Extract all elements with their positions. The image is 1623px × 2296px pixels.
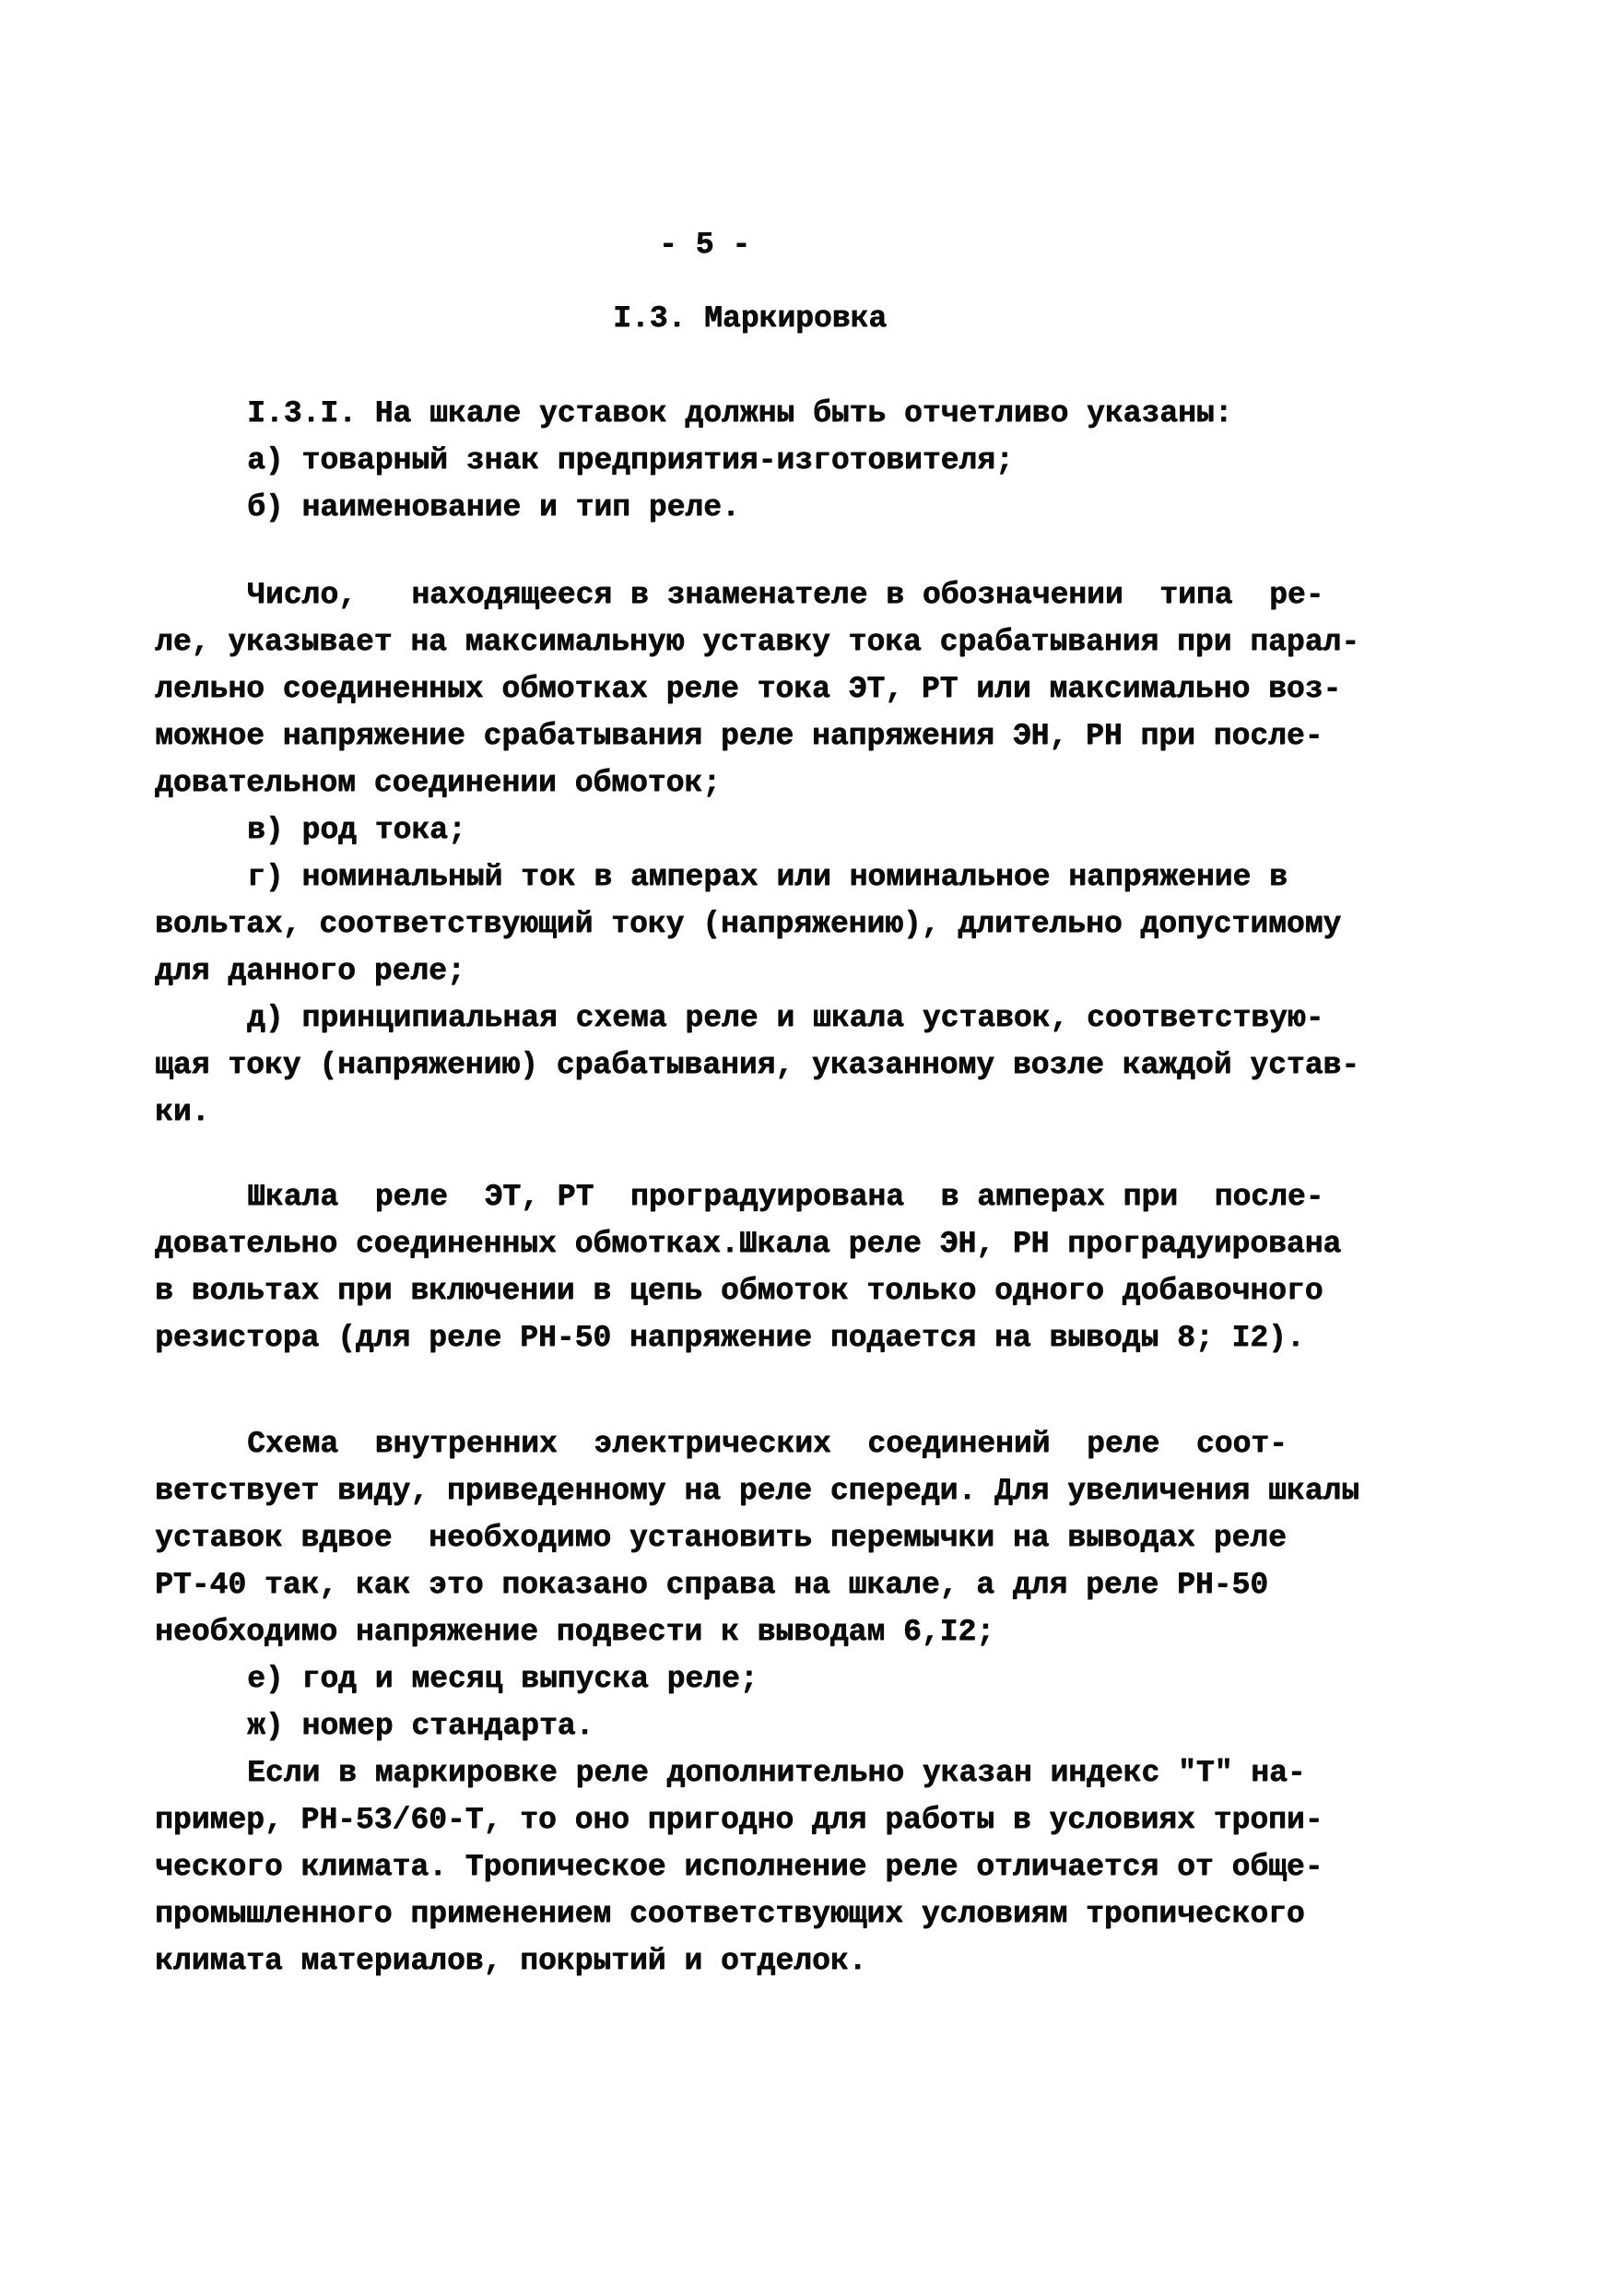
text-line: необходимо напряжение подвести к выводам… <box>0 1608 1623 1655</box>
text-line: а) товарный знак предприятия-изготовител… <box>0 437 1623 484</box>
text-line: Схема внутренних электрических соединени… <box>0 1420 1623 1467</box>
text-line: пример, РН-53/60-Т, то оно пригодно для … <box>0 1796 1623 1843</box>
text-line: резистора (для реле РН-50 напряжение под… <box>0 1314 1623 1361</box>
text-line: довательном соединении обмоток; <box>0 759 1623 807</box>
text-line: Число, находящееся в знаменателе в обозн… <box>0 571 1623 618</box>
document-page: - 5 - I.3. Маркировка I.3.I. На шкале ус… <box>0 0 1623 2296</box>
text-line: для данного реле; <box>0 948 1623 995</box>
text-line: ческого климата. Тропическое исполнение … <box>0 1843 1623 1890</box>
text-line: I.3.I. На шкале уставок должны быть отче… <box>0 390 1623 437</box>
document-body: I.3.I. На шкале уставок должны быть отче… <box>0 390 1623 1984</box>
text-line: уставок вдвое необходимо установить пере… <box>0 1514 1623 1561</box>
text-line: ветствует виду, приведенному на реле спе… <box>0 1467 1623 1514</box>
text-line: в вольтах при включении в цепь обмоток т… <box>0 1267 1623 1314</box>
text-line: ле, указывает на максимальную уставку то… <box>0 618 1623 665</box>
text-line: РТ-40 так, как это показано справа на шк… <box>0 1561 1623 1608</box>
section-heading: I.3. Маркировка <box>0 295 1623 342</box>
page-number: - 5 - <box>0 221 1623 268</box>
text-line: в) род тока; <box>0 807 1623 854</box>
text-line: лельно соединенных обмотках реле тока ЭТ… <box>0 665 1623 712</box>
text-line: ж) номер стандарта. <box>0 1702 1623 1749</box>
text-line: щая току (напряжению) срабатывания, указ… <box>0 1042 1623 1089</box>
text-line: Шкала реле ЭТ, РТ проградуирована в ампе… <box>0 1173 1623 1220</box>
text-line: б) наименование и тип реле. <box>0 484 1623 531</box>
text-line: Если в маркировке реле дополнительно ука… <box>0 1749 1623 1796</box>
text-line: е) год и месяц выпуска реле; <box>0 1655 1623 1702</box>
text-line: д) принципиальная схема реле и шкала уст… <box>0 995 1623 1042</box>
text-line: довательно соединенных обмотках.Шкала ре… <box>0 1220 1623 1267</box>
text-line: климата материалов, покрытий и отделок. <box>0 1937 1623 1984</box>
text-line: г) номинальный ток в амперах или номинал… <box>0 854 1623 901</box>
text-line: ки. <box>0 1089 1623 1136</box>
text-line: вольтах, соответствующий току (напряжени… <box>0 901 1623 948</box>
text-line: можное напряжение срабатывания реле напр… <box>0 712 1623 759</box>
text-line: промышленного применением соответствующи… <box>0 1890 1623 1937</box>
